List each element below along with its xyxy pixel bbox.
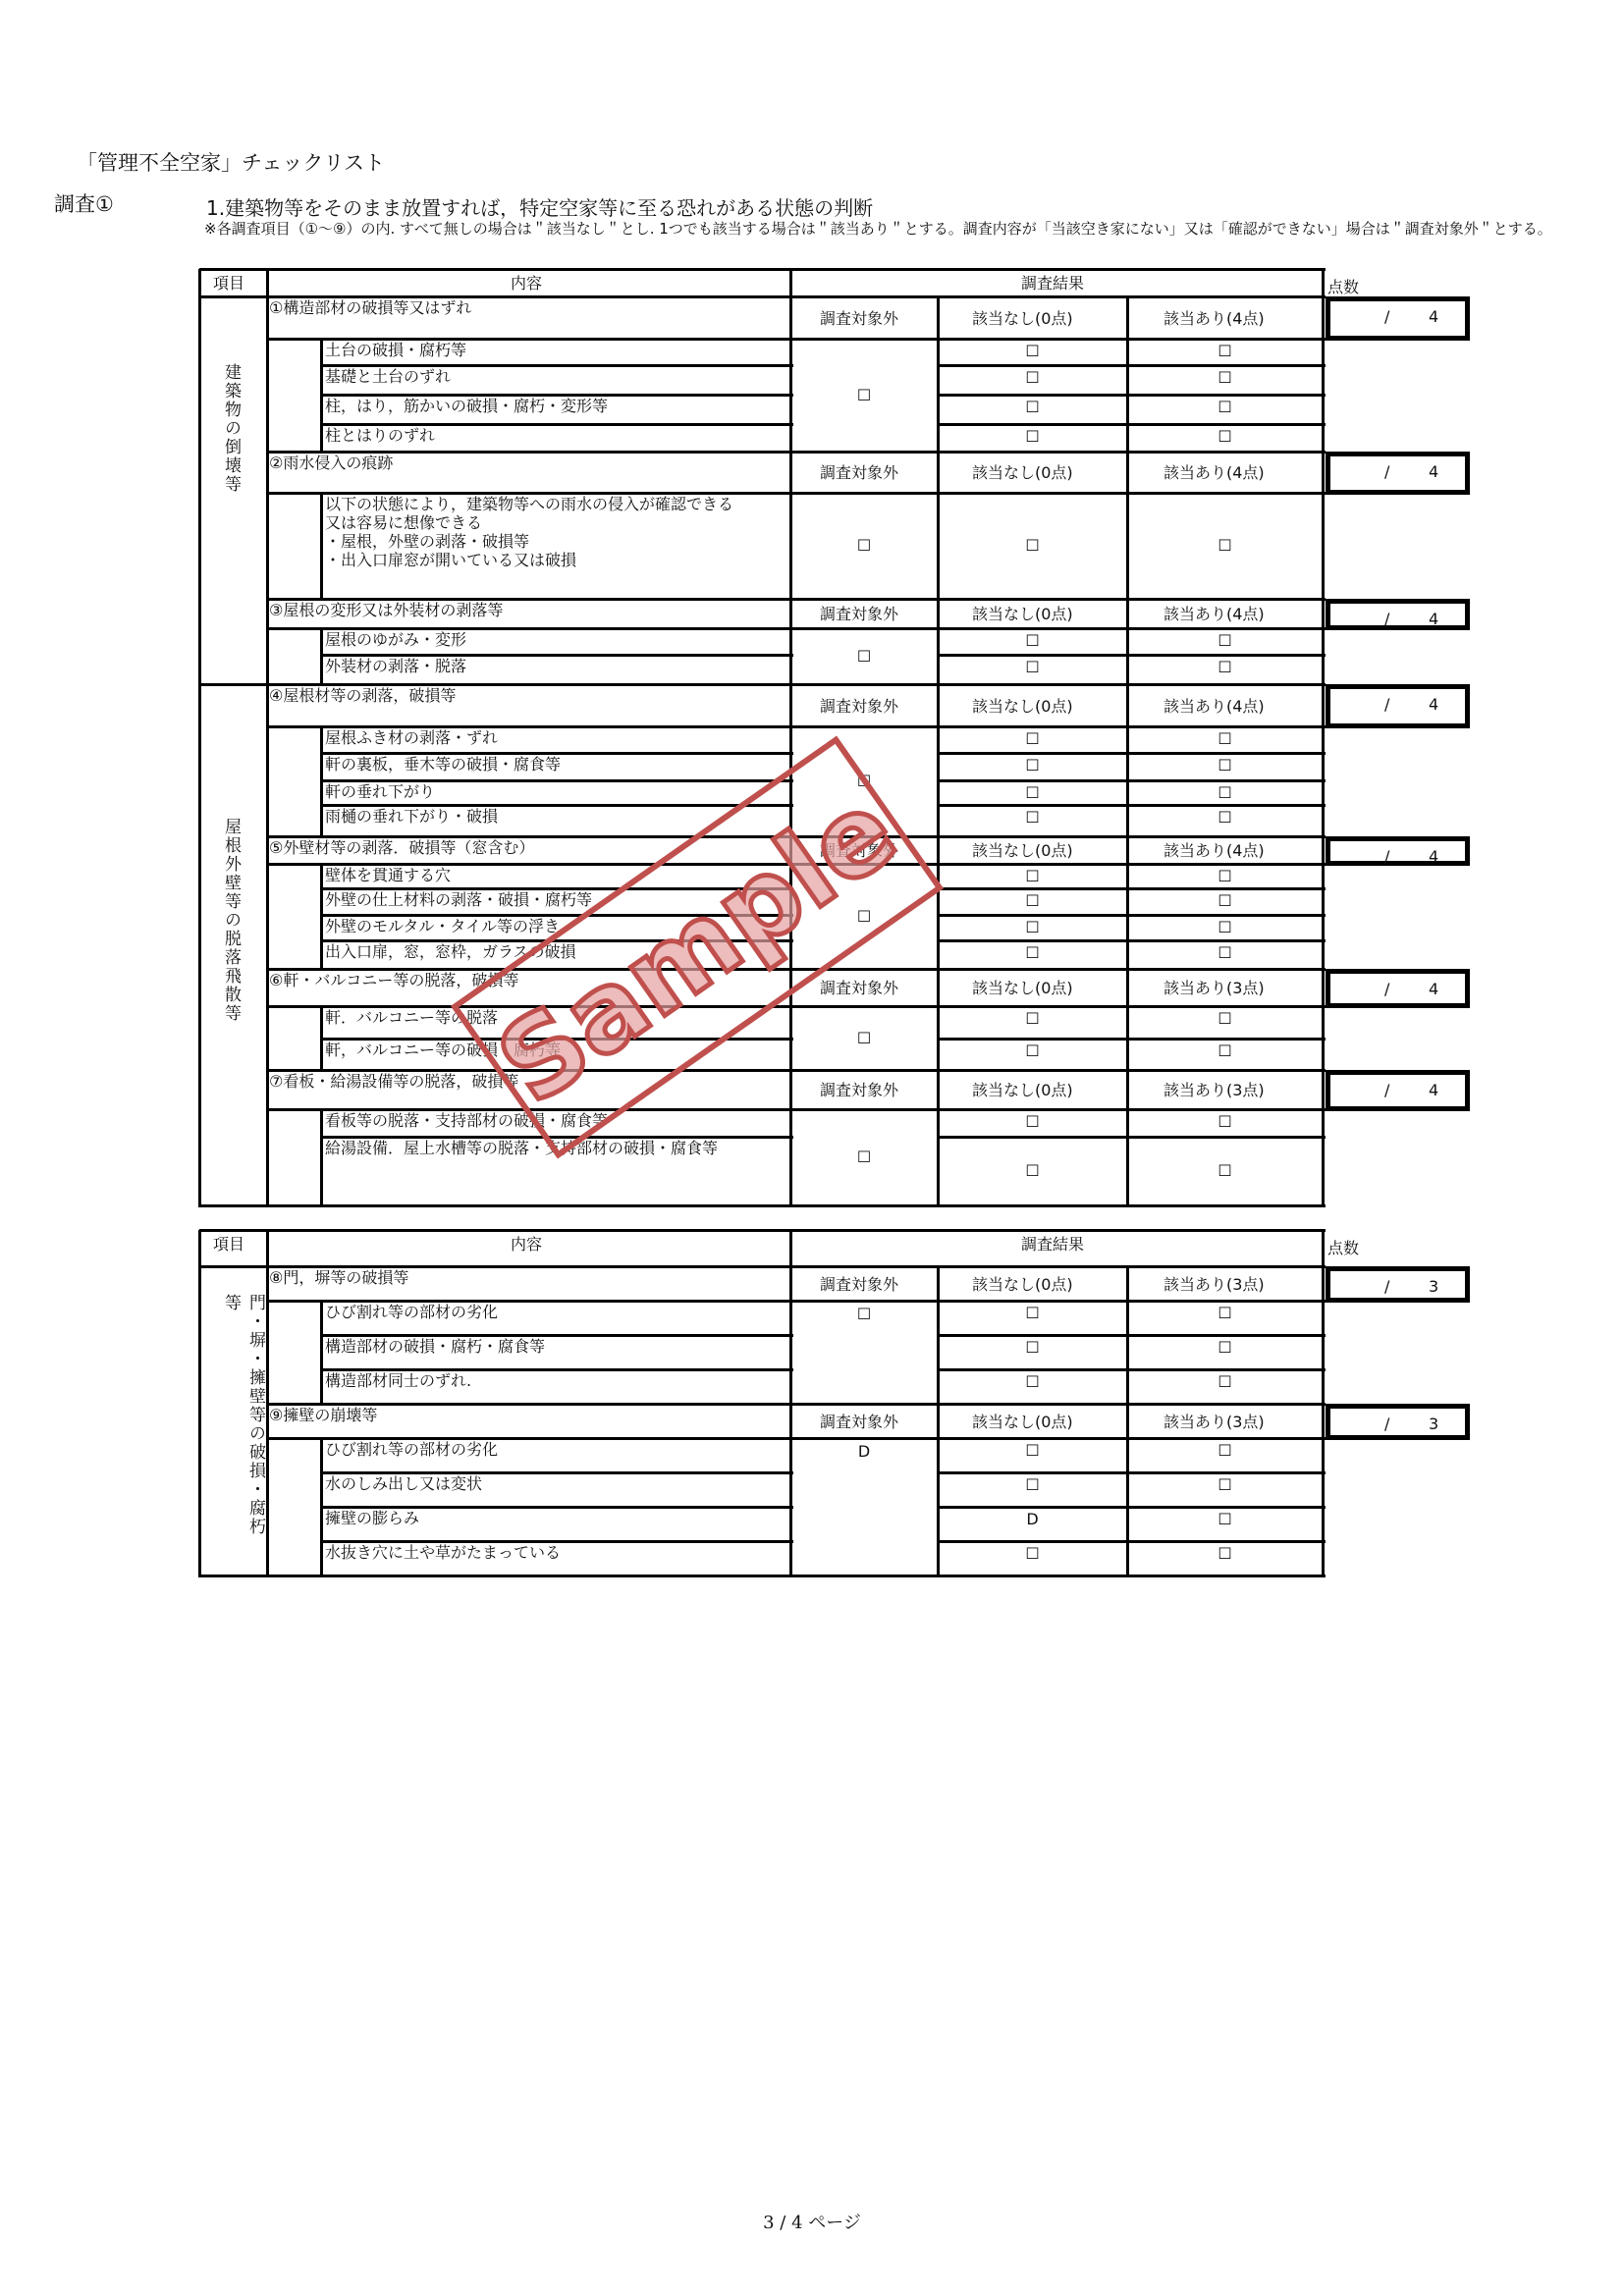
score-max: 4 <box>1429 307 1438 326</box>
checkbox-none[interactable]: ☐ <box>1023 658 1043 676</box>
header-yes: 該当あり(3点) <box>1164 980 1265 997</box>
checkbox-yes[interactable]: ☐ <box>1216 1304 1235 1322</box>
score-box[interactable]: /3 <box>1326 1266 1470 1303</box>
score-value: / <box>1384 847 1389 866</box>
checkbox-none[interactable]: ☐ <box>1023 891 1043 910</box>
table-rule <box>938 1540 1326 1543</box>
checkbox-out-of-scope[interactable]: ☐ <box>854 1029 874 1047</box>
table-rule <box>320 1109 323 1207</box>
table-rule <box>937 1070 940 1207</box>
table-rule <box>938 1136 1326 1139</box>
checkbox-yes[interactable]: ☐ <box>1216 1112 1235 1131</box>
table-rule <box>266 269 269 1207</box>
table-rule <box>320 726 323 838</box>
score-value: / <box>1384 1415 1389 1433</box>
section-heading: 1.建築物等をそのまま放置すれば，特定空家等に至る恐れがある状態の判断 <box>206 192 873 221</box>
checkbox-none[interactable]: ☐ <box>1023 1304 1043 1322</box>
checkbox-none[interactable]: ☐ <box>1023 1475 1043 1494</box>
survey-label: 調査① <box>54 188 114 218</box>
checkbox-none[interactable]: ☐ <box>1023 342 1043 360</box>
score-box[interactable]: /4 <box>1326 296 1470 341</box>
score-box[interactable]: /3 <box>1326 1404 1470 1440</box>
checkbox-yes[interactable]: ☐ <box>1216 867 1235 885</box>
table-rule <box>199 683 270 686</box>
checkbox-none[interactable]: ☐ <box>1023 1161 1043 1180</box>
score-box[interactable]: /4 <box>1326 684 1470 728</box>
score-value: / <box>1384 1277 1389 1296</box>
checkbox-yes[interactable]: ☐ <box>1216 342 1235 360</box>
header-out-of-scope: 調査対象外 <box>820 310 898 328</box>
checkbox-none[interactable]: ☐ <box>1023 943 1043 962</box>
header-yes: 該当あり(3点) <box>1164 1414 1265 1431</box>
checkbox-yes[interactable]: ☐ <box>1216 398 1235 416</box>
header-score: 点数 <box>1327 1236 1359 1258</box>
score-value: / <box>1384 610 1389 628</box>
checkbox-out-of-scope[interactable]: ☐ <box>854 907 874 926</box>
checkbox-out-of-scope[interactable]: D <box>854 1442 874 1461</box>
checkbox-yes[interactable]: ☐ <box>1216 808 1235 827</box>
checkbox-yes[interactable]: ☐ <box>1216 1544 1235 1563</box>
table-rule <box>198 269 201 1207</box>
checkbox-yes[interactable]: ☐ <box>1216 631 1235 650</box>
header-none: 該当なし(0点) <box>972 606 1073 623</box>
checkbox-none[interactable]: ☐ <box>1023 427 1043 446</box>
table-rule <box>938 1334 1326 1337</box>
table-rule <box>199 1265 270 1268</box>
checkbox-yes[interactable]: ☐ <box>1216 1475 1235 1494</box>
header-out-of-scope: 調査対象外 <box>820 1414 898 1431</box>
item-text: ひび割れ等の部材の劣化 <box>325 1440 498 1459</box>
checkbox-none[interactable]: ☐ <box>1023 1372 1043 1391</box>
header-out-of-scope: 調査対象外 <box>820 606 898 623</box>
header-none: 該当なし(0点) <box>972 310 1073 328</box>
checkbox-out-of-scope[interactable]: ☐ <box>854 386 874 404</box>
header-out-of-scope: 調査対象外 <box>820 698 898 716</box>
table-rule <box>789 269 792 1207</box>
score-max: 4 <box>1429 610 1438 628</box>
table-rule <box>937 1404 940 1577</box>
table-rule <box>1126 599 1129 686</box>
header-none: 該当なし(0点) <box>972 842 1073 860</box>
item-text: 軒，バルコニー等の破損・腐朽等 <box>325 1041 561 1059</box>
score-max: 4 <box>1429 980 1438 998</box>
header-yes: 該当あり(3点) <box>1164 1082 1265 1099</box>
item-text: 擁壁の膨らみ <box>325 1509 419 1527</box>
table-rule <box>267 1265 1326 1268</box>
item-text: 屋根のゆがみ・変形 <box>325 630 466 649</box>
group-title: ②雨水侵入の痕跡 <box>269 454 393 472</box>
score-box[interactable]: /4 <box>1326 969 1470 1008</box>
header-yes: 該当あり(4点) <box>1164 842 1265 860</box>
checkbox-none[interactable]: ☐ <box>1023 729 1043 748</box>
table-rule <box>937 296 940 454</box>
table-rule <box>1322 269 1325 1207</box>
header-yes: 該当あり(3点) <box>1164 1276 1265 1294</box>
category-label: 建築物の倒壊等 <box>219 363 244 618</box>
group-title: ⑨擁壁の崩壊等 <box>269 1407 377 1424</box>
checkbox-yes[interactable]: ☐ <box>1216 658 1235 676</box>
table-rule <box>938 1506 1326 1509</box>
score-value: / <box>1384 980 1389 998</box>
table-rule <box>1126 969 1129 1072</box>
table-rule <box>937 684 940 838</box>
item-text: 雨樋の垂れ下がり・破損 <box>325 807 498 826</box>
checkbox-yes[interactable]: ☐ <box>1216 1338 1235 1357</box>
checkbox-none[interactable]: ☐ <box>1023 631 1043 650</box>
header-none: 該当なし(0点) <box>972 464 1073 482</box>
group-title: ③屋根の変形又は外装材の剥落等 <box>269 602 503 619</box>
score-max: 3 <box>1429 1277 1438 1296</box>
score-box[interactable]: /4 <box>1326 452 1470 495</box>
table-rule <box>938 394 1326 397</box>
table-rule <box>321 1575 793 1577</box>
table-rule <box>937 969 940 1072</box>
checkbox-none[interactable]: D <box>1023 1510 1043 1528</box>
score-value: / <box>1384 462 1389 481</box>
checkbox-none[interactable]: ☐ <box>1023 536 1043 555</box>
score-max: 4 <box>1429 847 1438 866</box>
checkbox-yes[interactable]: ☐ <box>1216 729 1235 748</box>
header-yes: 該当あり(4点) <box>1164 606 1265 623</box>
header-none: 該当なし(0点) <box>972 1414 1073 1431</box>
checkbox-yes[interactable]: ☐ <box>1216 1009 1235 1028</box>
checkbox-yes[interactable]: ☐ <box>1216 1441 1235 1460</box>
item-text: 外壁のモルタル・タイル等の浮き <box>325 917 560 935</box>
table-rule <box>321 1204 793 1207</box>
table-rule <box>938 1575 1326 1577</box>
table-rule <box>1126 836 1129 971</box>
table-rule <box>938 364 1326 367</box>
checkbox-yes[interactable]: ☐ <box>1216 1041 1235 1060</box>
checkbox-yes[interactable]: ☐ <box>1216 427 1235 446</box>
checkbox-none[interactable]: ☐ <box>1023 1338 1043 1357</box>
checkbox-yes[interactable]: ☐ <box>1216 756 1235 774</box>
checkbox-yes[interactable]: ☐ <box>1216 1510 1235 1528</box>
page-title: 「管理不全空家」チェックリスト <box>77 147 385 177</box>
checkbox-none[interactable]: ☐ <box>1023 1441 1043 1460</box>
table-rule <box>267 1403 1326 1406</box>
item-text: 軒の垂れ下がり <box>325 782 435 801</box>
table-rule <box>938 1038 1326 1041</box>
checkbox-none[interactable]: ☐ <box>1023 398 1043 416</box>
header-none: 該当なし(0点) <box>972 1276 1073 1294</box>
item-text: 屋根ふき材の剥落・ずれ <box>325 728 498 747</box>
item-text: 壁体を貫通する穴 <box>325 866 451 884</box>
header-result: 調査結果 <box>1021 1236 1084 1254</box>
checkbox-yes[interactable]: ☐ <box>1216 943 1235 962</box>
table-rule <box>938 1368 1326 1371</box>
item-text: 水のしみ出し又は変状 <box>325 1474 482 1493</box>
header-none: 該当なし(0点) <box>972 980 1073 997</box>
table-rule <box>938 887 1326 890</box>
header-result: 調査結果 <box>1021 275 1084 293</box>
checkbox-yes[interactable]: ☐ <box>1216 536 1235 555</box>
table-rule <box>938 1471 1326 1474</box>
table-rule <box>938 779 1326 782</box>
item-text: 出入口扉，窓，窓枠，ガラスの破損 <box>325 942 576 961</box>
header-yes: 該当あり(4点) <box>1164 310 1265 328</box>
score-value: / <box>1384 1081 1389 1099</box>
table-rule <box>320 864 323 971</box>
item-text: 構造部材同士のずれ. <box>325 1371 471 1390</box>
item-text: 軒．バルコニー等の脱落 <box>325 1008 498 1027</box>
score-box[interactable]: /4 <box>1326 1070 1470 1111</box>
table-rule <box>938 914 1326 917</box>
checkbox-out-of-scope[interactable]: ☐ <box>854 1305 874 1323</box>
checkbox-none[interactable]: ☐ <box>1023 368 1043 387</box>
checkbox-none[interactable]: ☐ <box>1023 756 1043 774</box>
table-rule <box>1126 684 1129 838</box>
checkbox-none[interactable]: ☐ <box>1023 1112 1043 1131</box>
item-text: 軒の裏板，垂木等の破損・腐食等 <box>325 755 561 774</box>
checkbox-none[interactable]: ☐ <box>1023 867 1043 885</box>
item-text: 外壁の仕上材料の剥落・破損・腐朽等 <box>325 890 592 909</box>
score-value: / <box>1384 695 1389 714</box>
table-rule <box>320 628 323 686</box>
table-rule <box>199 1229 1326 1232</box>
group-title: ⑤外壁材等の剥落．破損等（窓含む） <box>269 839 534 857</box>
item-text: 土台の破損・腐朽等 <box>325 341 466 359</box>
table-rule <box>938 939 1326 942</box>
checkbox-yes[interactable]: ☐ <box>1216 918 1235 936</box>
table-rule <box>938 752 1326 755</box>
table-rule <box>1126 1404 1129 1577</box>
header-none: 該当なし(0点) <box>972 1082 1073 1099</box>
table-rule <box>937 836 940 971</box>
header-yes: 該当あり(4点) <box>1164 464 1265 482</box>
category-label: 門・塀・擁壁等の破損・腐朽等 <box>219 1294 268 1549</box>
item-text: 水抜き穴に土や草がたまっている <box>325 1543 561 1562</box>
table-rule <box>320 1301 323 1406</box>
item-text: 看板等の脱落・支持部材の破損・腐食等 <box>325 1111 608 1130</box>
table-rule <box>1126 452 1129 601</box>
instruction-note: ※各調査項目（①〜⑨）の内. すべて無しの場合は＂該当なし＂とし. 1つでも該当… <box>204 220 1569 238</box>
group-title: ①構造部材の破損等又はずれ <box>269 299 471 317</box>
item-text: 基礎と土台のずれ <box>325 367 451 386</box>
item-text: ひび割れ等の部材の劣化 <box>325 1303 498 1321</box>
checkbox-yes[interactable]: ☐ <box>1216 1161 1235 1180</box>
checkbox-none[interactable]: ☐ <box>1023 1009 1043 1028</box>
score-max: 3 <box>1429 1415 1438 1433</box>
group-title: ④屋根材等の剥落，破損等 <box>269 687 456 705</box>
table-rule <box>937 599 940 686</box>
table-rule <box>1126 296 1129 454</box>
checkbox-out-of-scope[interactable]: ☐ <box>854 1148 874 1166</box>
checkbox-out-of-scope[interactable]: ☐ <box>854 647 874 666</box>
table-rule <box>938 423 1326 426</box>
checkbox-none[interactable]: ☐ <box>1023 808 1043 827</box>
checkbox-out-of-scope[interactable]: ☐ <box>854 772 874 790</box>
table-rule <box>320 493 323 601</box>
score-box[interactable]: /4 <box>1326 836 1470 866</box>
group-title: ⑥軒・バルコニー等の脱落，破損等 <box>269 972 518 989</box>
checkbox-none[interactable]: ☐ <box>1023 783 1043 802</box>
checkbox-out-of-scope[interactable]: ☐ <box>854 536 874 555</box>
checkbox-none[interactable]: ☐ <box>1023 1544 1043 1563</box>
header-out-of-scope: 調査対象外 <box>820 1082 898 1099</box>
item-text: 柱とはりのずれ <box>325 426 435 445</box>
checkbox-none[interactable]: ☐ <box>1023 1041 1043 1060</box>
table-rule <box>199 268 1326 271</box>
score-max: 4 <box>1429 1081 1438 1099</box>
header-out-of-scope: 調査対象外 <box>820 464 898 482</box>
table-rule <box>1126 1070 1129 1207</box>
table-rule <box>937 452 940 601</box>
checkbox-none[interactable]: ☐ <box>1023 918 1043 936</box>
score-value: / <box>1384 307 1389 326</box>
header-none: 該当なし(0点) <box>972 698 1073 716</box>
score-max: 4 <box>1429 695 1438 714</box>
header-out-of-scope: 調査対象外 <box>820 980 898 997</box>
header-out-of-scope: 調査対象外 <box>820 1276 898 1294</box>
header-content: 内容 <box>511 1236 542 1254</box>
checkbox-yes[interactable]: ☐ <box>1216 368 1235 387</box>
header-item: 項目 <box>213 275 244 293</box>
table-rule <box>938 804 1326 807</box>
item-text: 柱，はり，筋かいの破損・腐朽・変形等 <box>325 397 608 415</box>
category-label: 屋根外壁等の脱落飛散等 <box>219 818 244 1073</box>
item-text: 以下の状態により，建築物等への雨水の侵入が確認できる 又は容易に想像できる ・屋… <box>325 495 733 569</box>
header-content: 内容 <box>511 275 542 293</box>
item-text: 給湯設備．屋上水槽等の脱落・支持部材の破損・腐食等 <box>325 1139 718 1157</box>
table-rule <box>198 1230 201 1577</box>
item-text: 構造部材の破損・腐朽・腐食等 <box>325 1337 545 1356</box>
group-title: ⑦看板・給湯設備等の脱落，破損等 <box>269 1073 518 1091</box>
header-yes: 該当あり(4点) <box>1164 698 1265 716</box>
group-title: ⑧門，塀等の破損等 <box>269 1269 408 1287</box>
score-max: 4 <box>1429 462 1438 481</box>
page-number: 3 / 4 ページ <box>0 2209 1624 2234</box>
header-out-of-scope: 調査対象外 <box>820 842 898 860</box>
table-rule <box>267 451 1326 454</box>
checkbox-yes[interactable]: ☐ <box>1216 891 1235 910</box>
header-score: 点数 <box>1327 275 1359 297</box>
checkbox-yes[interactable]: ☐ <box>1216 1372 1235 1391</box>
table-rule <box>938 1204 1326 1207</box>
checkbox-yes[interactable]: ☐ <box>1216 783 1235 802</box>
header-item: 項目 <box>213 1236 244 1254</box>
item-text: 外装材の剥落・脱落 <box>325 657 466 675</box>
table-rule <box>938 654 1326 657</box>
score-box[interactable]: /4 <box>1326 599 1470 630</box>
